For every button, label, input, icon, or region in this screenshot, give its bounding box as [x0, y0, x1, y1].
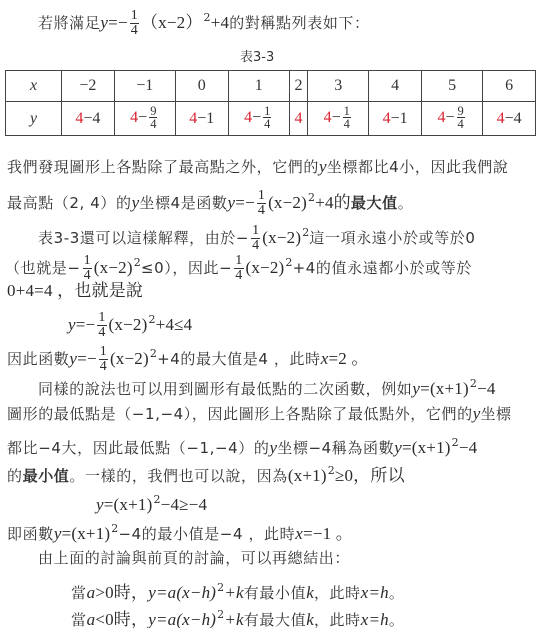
para3-line3: 都比−4大，因此最低點（−1,−4）的y坐標−4稱為函數y=(x+1)2−4 [7, 433, 477, 458]
summary-lead: 由上面的討論與前頁的討論，可以再總結出： [38, 548, 350, 568]
math-var: y [68, 315, 76, 334]
table-cell: −2 [62, 71, 115, 102]
exponent: 2 [204, 11, 211, 24]
table-cell: 4−4 [483, 102, 536, 136]
table-cell: 4−14 [308, 102, 369, 136]
math-var: y [96, 495, 104, 514]
fraction-denominator: 4 [149, 118, 157, 130]
text: ，此時 [314, 611, 361, 628]
math-op: =− [76, 315, 96, 334]
table-cell-vertex: 4 [289, 102, 307, 136]
text: 有最大值 [244, 611, 306, 628]
cell-rest: −1 [391, 110, 408, 127]
table-cell: 5 [422, 71, 483, 102]
text: 都比−4大，因此最低點（−1,−4）的 [7, 439, 270, 457]
cell-rest: − [446, 109, 455, 126]
math-expr: （x−2） [141, 13, 203, 32]
table-cell: 4−94 [422, 102, 483, 136]
fraction-numerator: 1 [83, 254, 92, 269]
vertex-value: 4 [383, 110, 391, 127]
fraction-denominator: 4 [251, 239, 260, 253]
para2-line2: （也就是−14(x−2)2≤0），因此−14(x−2)2+4的值永遠都小於或等於 [5, 253, 472, 284]
cell-rest: − [138, 109, 147, 126]
text: +4的值永遠都小於或等於 [293, 259, 472, 277]
math-expr: (x−2) [110, 349, 149, 368]
math-expr: −4≥−4 [161, 495, 208, 514]
fraction-denominator: 4 [343, 118, 351, 130]
math-expr: (x−2) [262, 228, 301, 247]
text: 這一項永遠小於或等於0 [309, 229, 475, 247]
math-expr: =(x+1) [402, 438, 451, 457]
cell-rest: − [332, 109, 341, 126]
text: 有最小值 [244, 584, 306, 602]
intro-line: 若將滿足y=−14（x−2）2+4的對稱點列表如下： [38, 8, 370, 39]
para2-line1: 表3-3還可以這樣解釋，由於−14(x−2)2這一項永遠小於或等於0 [38, 223, 476, 254]
math-var: k [306, 610, 314, 628]
para3-line4: 的最小值。一樣的，我們也可以說，因為(x+1)2≥0，所以 [7, 461, 405, 486]
fraction: 94 [457, 105, 465, 130]
para1-line1: 我們發現圖形上各點除了最高點之外，它們的y坐標都比4小，因此我們說 [7, 157, 509, 177]
intro-tail: 的對稱點列表如下： [229, 14, 369, 32]
text: 坐標 [480, 405, 511, 423]
vertex-value: 4 [294, 110, 302, 127]
summary-case-negative: 當a<0時，y=a(x−h)2+k有最大值k，此時x=h。 [71, 605, 405, 628]
text: 。 [398, 194, 414, 212]
table-cell: 4−1 [175, 102, 228, 136]
exponent: 2 [150, 347, 157, 360]
row-header-x: x [6, 71, 62, 102]
math-expr: ≥0，所以 [335, 466, 405, 485]
bold-term-maximum: 最大值 [351, 194, 398, 212]
text: 坐標−4稱為函數 [277, 439, 394, 457]
math-var: x [295, 524, 303, 543]
text: 我們發現圖形上各點除了最高點之外，它們的 [7, 158, 319, 176]
fraction-denominator: 4 [234, 269, 243, 283]
table-row-y: y 4−4 4−94 4−1 4−14 4 4−14 4−1 4−94 4−4 [6, 102, 536, 136]
math-var: a [87, 583, 96, 602]
text: 坐標都比4小，因此我們說 [327, 158, 509, 176]
text: 表3-3還可以這樣解釋，由於− [38, 229, 249, 247]
exponent: 2 [328, 464, 335, 477]
math-expr: =−1 。 [303, 524, 353, 543]
math-expr: −4 [459, 438, 478, 457]
fraction-numerator: 1 [257, 189, 266, 204]
math-var: y [394, 438, 402, 457]
exponent: 2 [285, 256, 292, 269]
text: （也就是− [5, 259, 81, 277]
table-cell: 4 [369, 71, 422, 102]
math-expr: x=h [361, 583, 389, 602]
math-var: y [54, 524, 62, 543]
text: 當 [71, 584, 87, 602]
intro-lead: 若將滿足 [38, 14, 100, 32]
text: 最高點（2, 4）的 [7, 194, 132, 212]
text: 當 [71, 611, 87, 628]
exponent: 2 [452, 436, 459, 449]
table-caption: 表3-3 [240, 46, 274, 65]
exponent: 2 [153, 493, 160, 506]
text: 即函數 [7, 525, 54, 543]
exponent: 2 [134, 256, 141, 269]
fraction: 14 [257, 189, 266, 218]
table-row-x: x −2 −1 0 1 2 3 4 5 6 [6, 71, 536, 102]
fraction-denominator: 4 [99, 360, 108, 374]
fraction-denominator: 4 [257, 204, 266, 218]
math-expr: =(x+1) [62, 524, 111, 543]
fraction: 14 [263, 105, 271, 130]
math-var: a [87, 610, 96, 628]
fraction-numerator: 1 [130, 9, 139, 24]
fraction: 14 [83, 254, 92, 283]
table-cell: 4−4 [62, 102, 115, 136]
math-var: y [319, 157, 327, 176]
fraction-denominator: 4 [130, 24, 139, 38]
fraction-numerator: 1 [234, 254, 243, 269]
math-expr: +4≤4 [156, 315, 193, 334]
vertex-value: 4 [244, 109, 252, 126]
para3-equation: y=(x+1)2−4≥−4 [96, 490, 207, 515]
fraction-denominator: 4 [263, 118, 271, 130]
table-cell: 3 [308, 71, 369, 102]
bold-term-minimum: 最小值 [23, 467, 70, 485]
math-expr: (x−2) [246, 258, 285, 277]
math-expr: <0時， [95, 610, 148, 628]
fraction: 14 [343, 105, 351, 130]
vertex-value: 4 [324, 109, 332, 126]
math-op: =− [235, 193, 255, 212]
fraction: 14 [234, 254, 243, 283]
vertex-value: 4 [438, 109, 446, 126]
text: 坐標4是函數 [139, 194, 227, 212]
table-cell: 1 [228, 71, 289, 102]
summary-case-positive: 當a>0時，y=a(x−h)2+k有最小值k，此時x=h。 [71, 578, 405, 603]
math-var: y [69, 349, 77, 368]
math-expr: +k [224, 610, 243, 628]
para2-conclusion: 因此函數y=−14(x−2)2+4的最大值是4 ，此時x=2 。 [7, 344, 369, 375]
math-expr: >0時， [95, 583, 148, 602]
para3-line1: 同樣的說法也可以用到圖形有最低點的二次函數，例如y=(x+1)2−4 [38, 374, 496, 399]
math-var: y [100, 13, 108, 32]
math-expr: +4的 [315, 193, 351, 212]
text: 圖形的最低點是（−1,−4），因此圖形上各點除了最低點外，它們的 [7, 405, 473, 423]
fraction-numerator: 1 [251, 224, 260, 239]
fraction: 14 [251, 224, 260, 253]
math-expr: y=a(x−h) [148, 610, 216, 628]
para2-line3: 0+4=4 ，也就是說 [7, 281, 143, 301]
math-expr: −4 [477, 379, 496, 398]
table-cell: 4−1 [369, 102, 422, 136]
exponent: 2 [148, 313, 155, 326]
text: 。 [389, 584, 405, 602]
math-expr: x=h [361, 610, 389, 628]
text: −4的最小值是−4 ，此時 [118, 525, 295, 543]
math-expr: =(x+1) [104, 495, 153, 514]
math-expr: (x−2) [268, 193, 307, 212]
math-var: k [306, 583, 314, 602]
para3-conclusion: 即函數y=(x+1)2−4的最小值是−4 ，此時x=−1 。 [7, 519, 353, 544]
math-expr: =(x+1) [420, 379, 469, 398]
fraction: 14 [99, 345, 108, 374]
text: 因此函數 [7, 350, 69, 368]
math-expr: +4 [211, 13, 230, 32]
math-expr: (x−2) [109, 315, 148, 334]
fraction-denominator: 4 [457, 118, 465, 130]
vertex-value: 4 [497, 110, 505, 127]
math-var: y [412, 379, 420, 398]
vertex-value: 4 [130, 109, 138, 126]
cell-rest: −1 [197, 110, 214, 127]
fraction-numerator: 1 [99, 345, 108, 360]
para1-line2: 最高點（2, 4）的y坐標4是函數y=−14(x−2)2+4的最大值。 [7, 188, 413, 219]
exponent: 2 [470, 377, 477, 390]
table-cell: −1 [114, 71, 175, 102]
text: 的 [7, 467, 23, 485]
row-header-y: y [6, 102, 62, 136]
fraction-numerator: 1 [97, 311, 106, 326]
cell-rest: −4 [83, 110, 100, 127]
text: 同樣的說法也可以用到圖形有最低點的二次函數，例如 [38, 380, 412, 398]
math-op: =− [108, 13, 128, 32]
text: 。 [389, 611, 405, 628]
math-expr: +k [224, 583, 243, 602]
text: 0+4=4 ，也就是說 [7, 281, 143, 300]
math-expr: y=a(x−h) [148, 583, 216, 602]
text: ≤0），因此− [141, 259, 232, 277]
fraction: 94 [149, 105, 157, 130]
cell-rest: − [252, 109, 261, 126]
symmetric-points-table: x −2 −1 0 1 2 3 4 5 6 y 4−4 4−94 4−1 4−1… [5, 70, 536, 136]
text: ，此時 [314, 584, 361, 602]
para2-equation: y=−14(x−2)2+4≤4 [68, 310, 192, 341]
cell-rest: −4 [505, 110, 522, 127]
text: 。一樣的，我們也可以說，因為 [69, 467, 287, 485]
math-expr: (x−2) [94, 258, 133, 277]
table-cell: 4−94 [114, 102, 175, 136]
table-cell: 4−14 [228, 102, 289, 136]
fraction: 14 [97, 311, 106, 340]
fraction-denominator: 4 [97, 326, 106, 340]
fraction: 14 [130, 9, 139, 38]
table-cell: 6 [483, 71, 536, 102]
math-op: =− [77, 349, 97, 368]
text: 由上面的討論與前頁的討論，可以再總結出： [38, 549, 350, 567]
math-expr: =2 。 [328, 349, 368, 368]
para3-line2: 圖形的最低點是（−1,−4），因此圖形上各點除了最低點外，它們的y坐標 [7, 404, 512, 424]
text: +4的最大值是4 ，此時 [157, 350, 321, 368]
table-cell-vertex: 2 [289, 71, 307, 102]
math-expr: (x+1) [288, 466, 327, 485]
table-cell: 0 [175, 71, 228, 102]
